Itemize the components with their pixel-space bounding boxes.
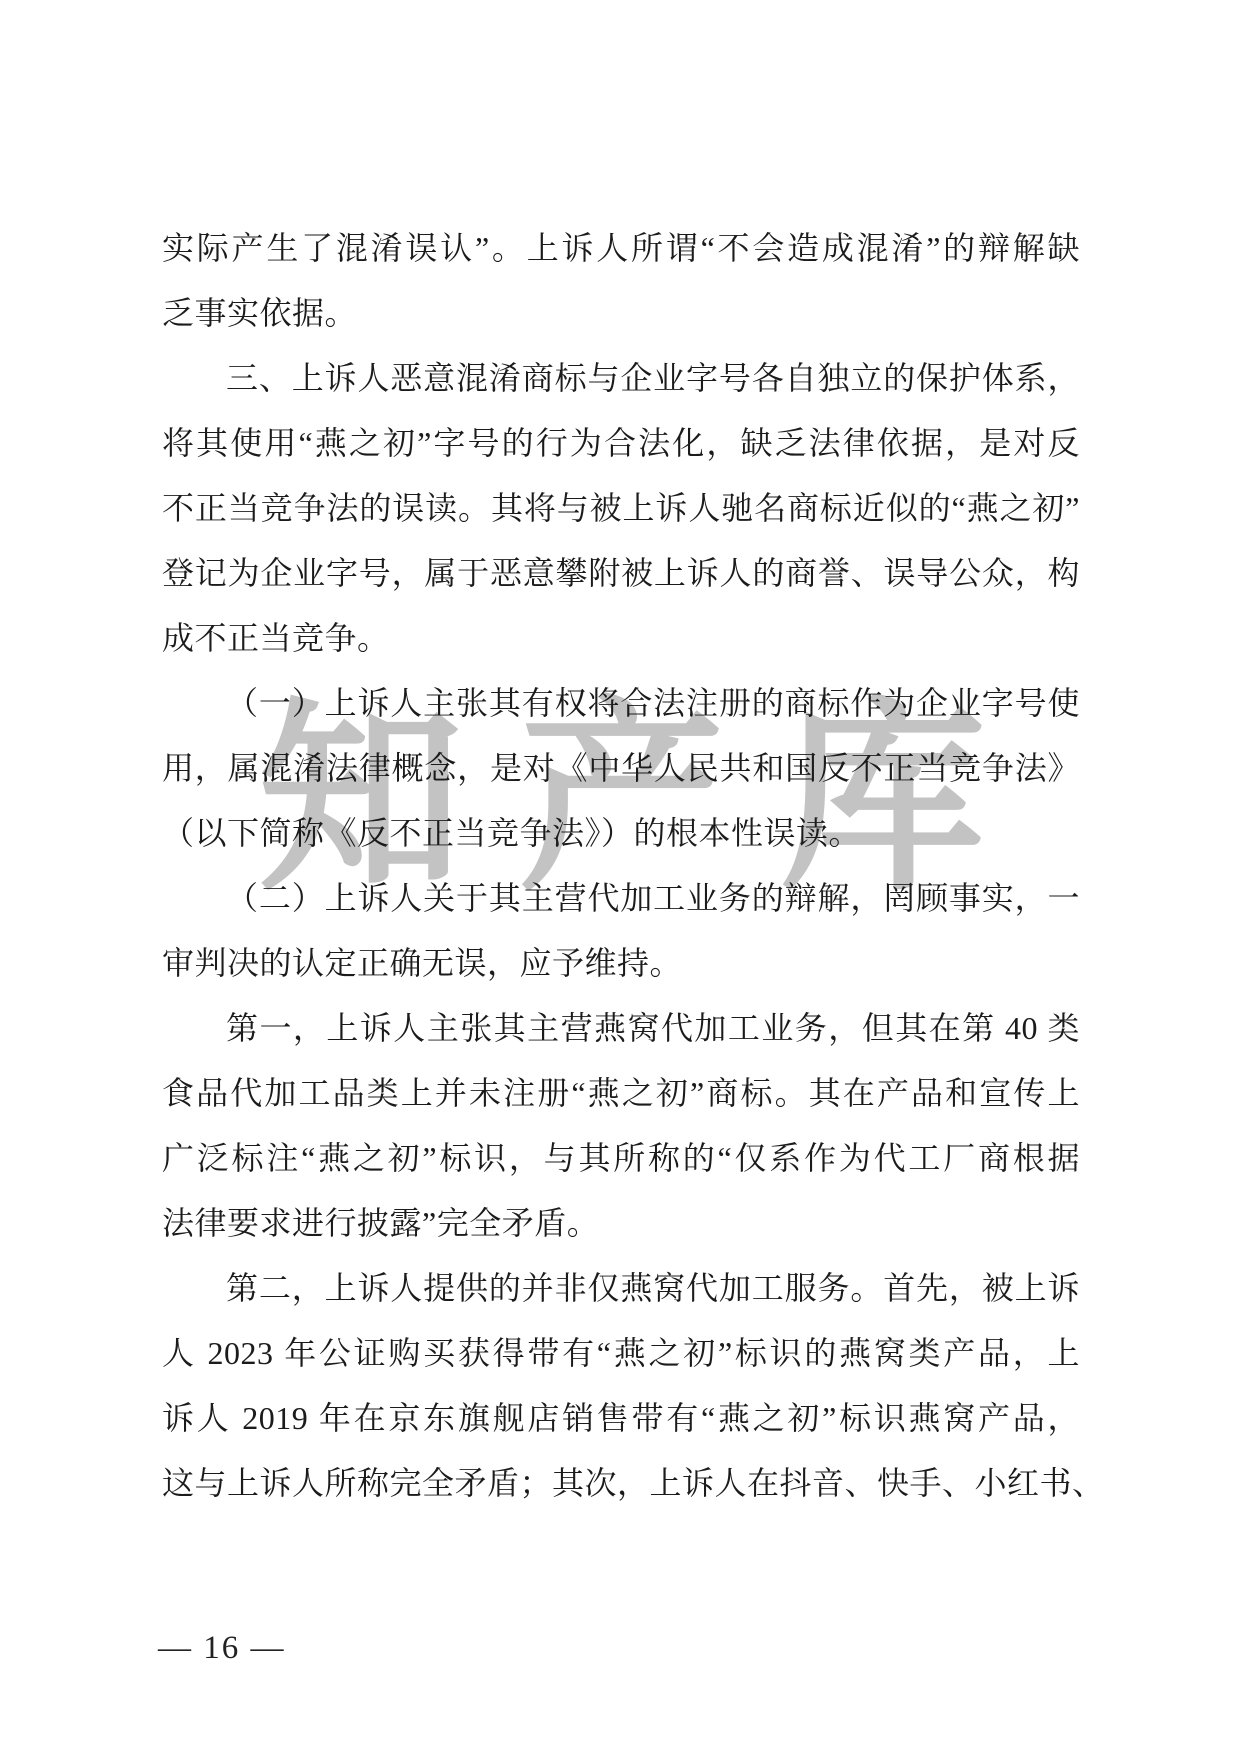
text-line: 乏事实依据。 bbox=[162, 281, 1080, 346]
text-line: 实际产生了混淆误认”。上诉人所谓“不会造成混淆”的辩解缺 bbox=[162, 216, 1080, 281]
document-body: 实际产生了混淆误认”。上诉人所谓“不会造成混淆”的辩解缺 乏事实依据。 三、上诉… bbox=[162, 216, 1080, 1516]
text-line: 三、上诉人恶意混淆商标与企业字号各自独立的保护体系， bbox=[162, 346, 1080, 411]
text-line: 人 2023 年公证购买获得带有“燕之初”标识的燕窝类产品，上 bbox=[162, 1321, 1080, 1386]
text-line: 不正当竞争法的误读。其将与被上诉人驰名商标近似的“燕之初” bbox=[162, 476, 1080, 541]
text-line: 广泛标注“燕之初”标识，与其所称的“仅系作为代工厂商根据 bbox=[162, 1126, 1080, 1191]
text-line: （以下简称《反不正当竞争法》）的根本性误读。 bbox=[162, 801, 1080, 866]
text-line: 第一，上诉人主张其主营燕窝代加工业务，但其在第 40 类 bbox=[162, 996, 1080, 1061]
text-line: （一）上诉人主张其有权将合法注册的商标作为企业字号使 bbox=[162, 671, 1080, 736]
document-page: 知产库 实际产生了混淆误认”。上诉人所谓“不会造成混淆”的辩解缺 乏事实依据。 … bbox=[0, 0, 1240, 1753]
text-line: 诉人 2019 年在京东旗舰店销售带有“燕之初”标识燕窝产品， bbox=[162, 1386, 1080, 1451]
text-line: 第二，上诉人提供的并非仅燕窝代加工服务。首先，被上诉 bbox=[162, 1256, 1080, 1321]
text-line: 将其使用“燕之初”字号的行为合法化，缺乏法律依据，是对反 bbox=[162, 411, 1080, 476]
text-line: 登记为企业字号，属于恶意攀附被上诉人的商誉、误导公众，构 bbox=[162, 541, 1080, 606]
text-line: 成不正当竞争。 bbox=[162, 606, 1080, 671]
text-line: 审判决的认定正确无误，应予维持。 bbox=[162, 931, 1080, 996]
page-number: — 16 — bbox=[158, 1628, 286, 1668]
text-line: 法律要求进行披露”完全矛盾。 bbox=[162, 1191, 1080, 1256]
text-line: 食品代加工品类上并未注册“燕之初”商标。其在产品和宣传上 bbox=[162, 1061, 1080, 1126]
text-line: 用，属混淆法律概念，是对《中华人民共和国反不正当竞争法》 bbox=[162, 736, 1080, 801]
text-line: （二）上诉人关于其主营代加工业务的辩解，罔顾事实，一 bbox=[162, 866, 1080, 931]
text-line: 这与上诉人所称完全矛盾；其次，上诉人在抖音、快手、小红书、 bbox=[162, 1451, 1080, 1516]
